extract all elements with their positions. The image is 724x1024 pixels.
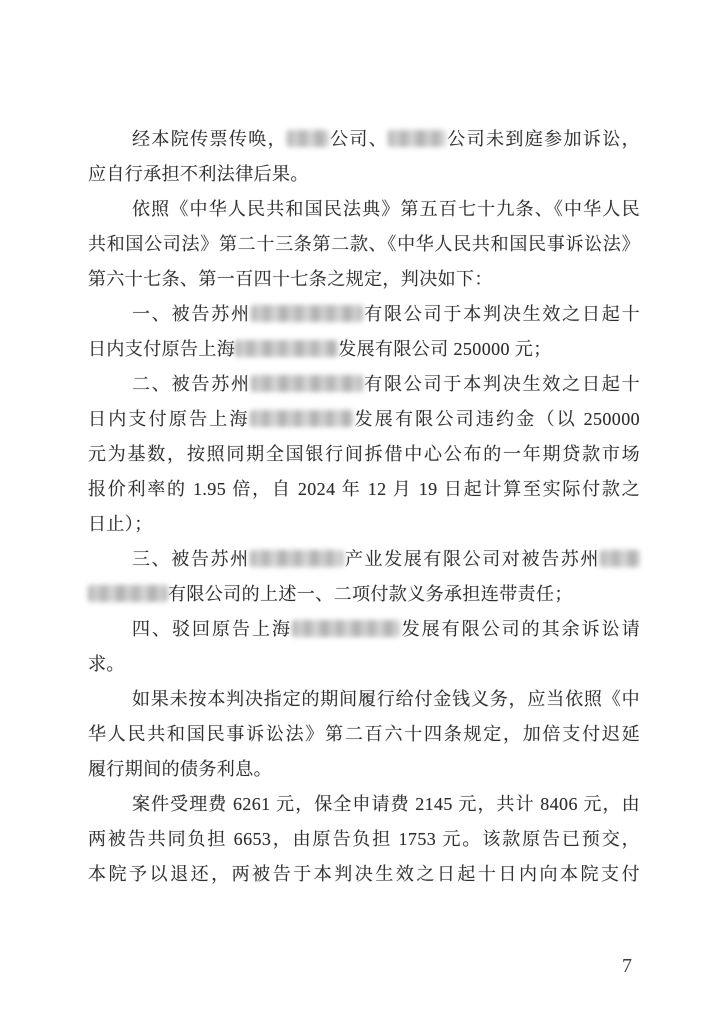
redacted-company-name bbox=[250, 410, 353, 427]
text-line: 二、被告苏州有限公司于本判决生效之日起十 bbox=[88, 367, 640, 402]
text-segment: 履行期间的债务利息。 bbox=[88, 759, 272, 779]
text-line: 日止）； bbox=[88, 507, 640, 542]
text-segment: 发展有限公司违约金（以 250000 bbox=[353, 409, 640, 429]
text-line: 有限公司的上述一、二项付款义务承担连带责任； bbox=[88, 577, 640, 612]
text-line: 日内支付原告上海发展有限公司 250000 元； bbox=[88, 332, 640, 367]
text-segment: 发展有限公司的其余诉讼请 bbox=[400, 619, 640, 639]
text-segment: 一、被告苏州 bbox=[132, 304, 251, 324]
text-segment: 华人民共和国民事诉讼法》第二百六十四条规定，加倍支付迟延 bbox=[88, 724, 640, 744]
text-segment: 日内支付原告上海 bbox=[88, 339, 235, 359]
redacted-company-name bbox=[88, 585, 168, 602]
text-line: 华人民共和国民事诉讼法》第二百六十四条规定，加倍支付迟延 bbox=[88, 717, 640, 752]
text-line: 四、驳回原告上海发展有限公司的其余诉讼请 bbox=[88, 612, 640, 647]
text-segment: 二、被告苏州 bbox=[132, 374, 251, 394]
text-segment: 日内支付原告上海 bbox=[88, 409, 250, 429]
text-line: 本院予以退还，两被告于本判决生效之日起十日内向本院支付 bbox=[88, 857, 640, 892]
text-line: 应自行承担不利法律后果。 bbox=[88, 157, 640, 192]
text-segment: 共和国公司法》第二十三条第二款、《中华人民共和国民事诉讼法》 bbox=[88, 234, 640, 254]
text-line: 元为基数，按照同期全国银行间拆借中心公布的一年期贷款市场 bbox=[88, 437, 640, 472]
text-line: 日内支付原告上海发展有限公司违约金（以 250000 bbox=[88, 402, 640, 437]
text-segment: 发展有限公司 250000 元； bbox=[338, 339, 551, 359]
text-line: 依照《中华人民共和国民法典》第五百七十九条、《中华人民 bbox=[88, 192, 640, 227]
text-segment: 如果未按本判决指定的期间履行给付金钱义务，应当依照《中 bbox=[132, 689, 640, 709]
text-line: 共和国公司法》第二十三条第二款、《中华人民共和国民事诉讼法》 bbox=[88, 227, 640, 262]
text-segment: 元为基数，按照同期全国银行间拆借中心公布的一年期贷款市场 bbox=[88, 444, 640, 464]
judgment-body: 经本院传票传唤，公司、公司未到庭参加诉讼，应自行承担不利法律后果。依照《中华人民… bbox=[88, 122, 640, 892]
page-number: 7 bbox=[622, 952, 632, 980]
text-line: 两被告共同负担 6653，由原告负担 1753 元。该款原告已预交， bbox=[88, 822, 640, 857]
text-segment: 有限公司于本判决生效之日起十 bbox=[363, 374, 640, 394]
text-segment: 有限公司的上述一、二项付款义务承担连带责任； bbox=[168, 584, 573, 604]
text-segment: 三、被告苏州 bbox=[132, 549, 250, 569]
text-segment: 应自行承担不利法律后果。 bbox=[88, 164, 309, 184]
text-segment: 求。 bbox=[88, 654, 125, 674]
text-segment: 案件受理费 6261 元，保全申请费 2145 元，共计 8406 元，由 bbox=[132, 794, 640, 814]
redacted-company-name bbox=[235, 340, 338, 357]
redacted-company-name bbox=[250, 550, 344, 567]
text-line: 一、被告苏州有限公司于本判决生效之日起十 bbox=[88, 297, 640, 332]
text-segment: 经本院传票传唤， bbox=[132, 129, 287, 149]
redacted-company-name bbox=[388, 130, 446, 147]
text-line: 报价利率的 1.95 倍，自 2024 年 12 月 19 日起计算至实际付款之 bbox=[88, 472, 640, 507]
text-line: 第六十七条、第一百四十七条之规定，判决如下： bbox=[88, 262, 640, 297]
text-segment: 公司未到庭参加诉讼， bbox=[446, 129, 640, 149]
text-segment: 依照《中华人民共和国民法典》第五百七十九条、《中华人民 bbox=[132, 199, 640, 219]
redacted-company-name bbox=[600, 550, 640, 567]
text-line: 如果未按本判决指定的期间履行给付金钱义务，应当依照《中 bbox=[88, 682, 640, 717]
text-line: 求。 bbox=[88, 647, 640, 682]
text-segment: 第六十七条、第一百四十七条之规定，判决如下： bbox=[88, 269, 493, 289]
text-segment: 公司、 bbox=[329, 129, 388, 149]
scanned-judgment-page: 经本院传票传唤，公司、公司未到庭参加诉讼，应自行承担不利法律后果。依照《中华人民… bbox=[0, 0, 724, 1024]
text-segment: 产业发展有限公司对被告苏州 bbox=[344, 549, 600, 569]
redacted-company-name bbox=[251, 375, 363, 392]
redacted-company-name bbox=[292, 620, 400, 637]
text-line: 案件受理费 6261 元，保全申请费 2145 元，共计 8406 元，由 bbox=[88, 787, 640, 822]
text-line: 三、被告苏州产业发展有限公司对被告苏州 bbox=[88, 542, 640, 577]
text-segment: 四、驳回原告上海 bbox=[132, 619, 292, 639]
text-line: 经本院传票传唤，公司、公司未到庭参加诉讼， bbox=[88, 122, 640, 157]
redacted-company-name bbox=[251, 305, 363, 322]
text-segment: 日止）； bbox=[88, 514, 153, 534]
text-segment: 有限公司于本判决生效之日起十 bbox=[363, 304, 640, 324]
text-segment: 两被告共同负担 6653，由原告负担 1753 元。该款原告已预交， bbox=[88, 829, 640, 849]
text-line: 履行期间的债务利息。 bbox=[88, 752, 640, 787]
text-segment: 本院予以退还，两被告于本判决生效之日起十日内向本院支付 bbox=[88, 864, 640, 884]
redacted-company-name bbox=[287, 130, 329, 147]
text-segment: 报价利率的 1.95 倍，自 2024 年 12 月 19 日起计算至实际付款之 bbox=[88, 479, 640, 499]
